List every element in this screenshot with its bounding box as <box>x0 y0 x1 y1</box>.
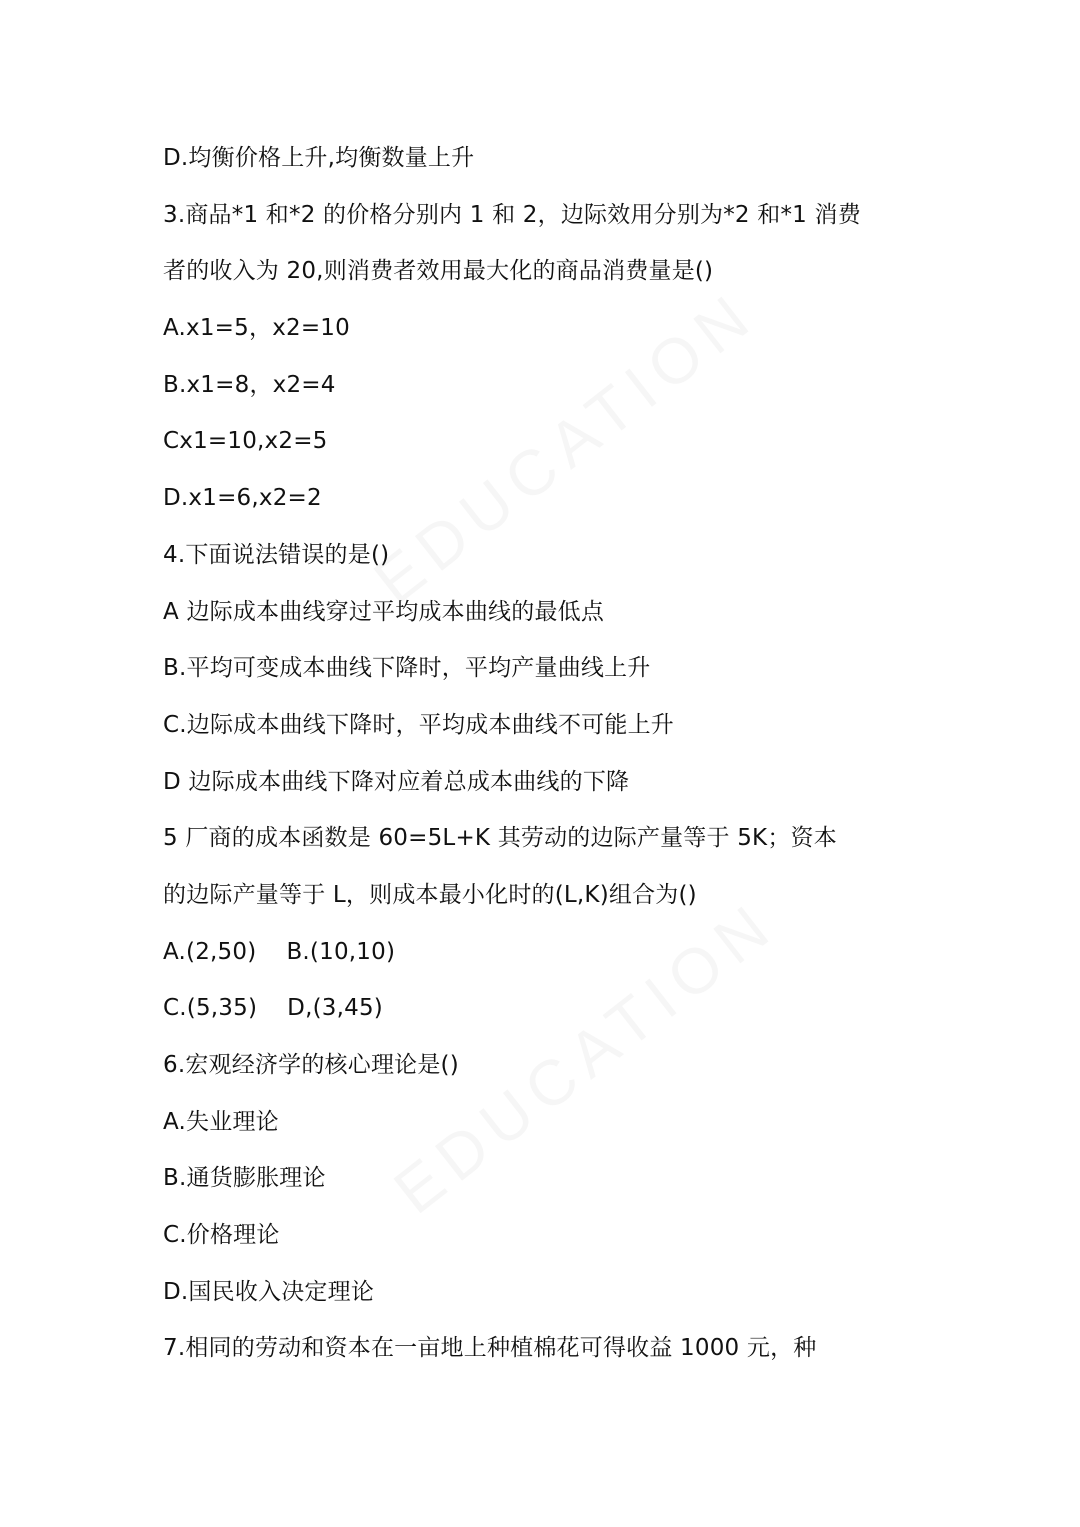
q6-option-d: D.国民收入决定理论 <box>163 1274 923 1331</box>
q6-stem: 6.宏观经济学的核心理论是() <box>163 1047 923 1104</box>
q5-options-cd: C.(5,35) D,(3,45) <box>163 990 923 1047</box>
q5-stem-line-1: 5 厂商的成本函数是 60=5L+K 其劳动的边际产量等于 5K；资本 <box>163 820 923 877</box>
q6-option-b: B.通货膨胀理论 <box>163 1160 923 1217</box>
q4-option-c: C.边际成本曲线下降时，平均成本曲线不可能上升 <box>163 707 923 764</box>
q3-option-c: Cx1=10,x2=5 <box>163 423 923 480</box>
q4-option-a: A 边际成本曲线穿过平均成本曲线的最低点 <box>163 594 923 651</box>
q6-option-c: C.价格理论 <box>163 1217 923 1274</box>
q5-stem-line-2: 的边际产量等于 L，则成本最小化时的(L,K)组合为() <box>163 877 923 934</box>
q4-stem: 4.下面说法错误的是() <box>163 537 923 594</box>
q3-option-b: B.x1=8，x2=4 <box>163 367 923 424</box>
q6-option-a: A.失业理论 <box>163 1104 923 1161</box>
q7-stem-line-1: 7.相同的劳动和资本在一亩地上种植棉花可得收益 1000 元，种 <box>163 1330 923 1387</box>
q2-option-d: D.均衡价格上升,均衡数量上升 <box>163 140 923 197</box>
q3-stem-line-1: 3.商品*1 和*2 的价格分别内 1 和 2，边际效用分别为*2 和*1 消费 <box>163 197 923 254</box>
q4-option-d: D 边际成本曲线下降对应着总成本曲线的下降 <box>163 764 923 821</box>
q5-options-ab: A.(2,50) B.(10,10) <box>163 934 923 991</box>
document-body: D.均衡价格上升,均衡数量上升 3.商品*1 和*2 的价格分别内 1 和 2，… <box>163 140 923 1387</box>
q3-option-d: D.x1=6,x2=2 <box>163 480 923 537</box>
q3-stem-line-2: 者的收入为 20,则消费者效用最大化的商品消费量是() <box>163 253 923 310</box>
q3-option-a: A.x1=5，x2=10 <box>163 310 923 367</box>
q4-option-b: B.平均可变成本曲线下降时，平均产量曲线上升 <box>163 650 923 707</box>
document-page: EDUCATION EDUCATION D.均衡价格上升,均衡数量上升 3.商品… <box>0 0 1080 1527</box>
